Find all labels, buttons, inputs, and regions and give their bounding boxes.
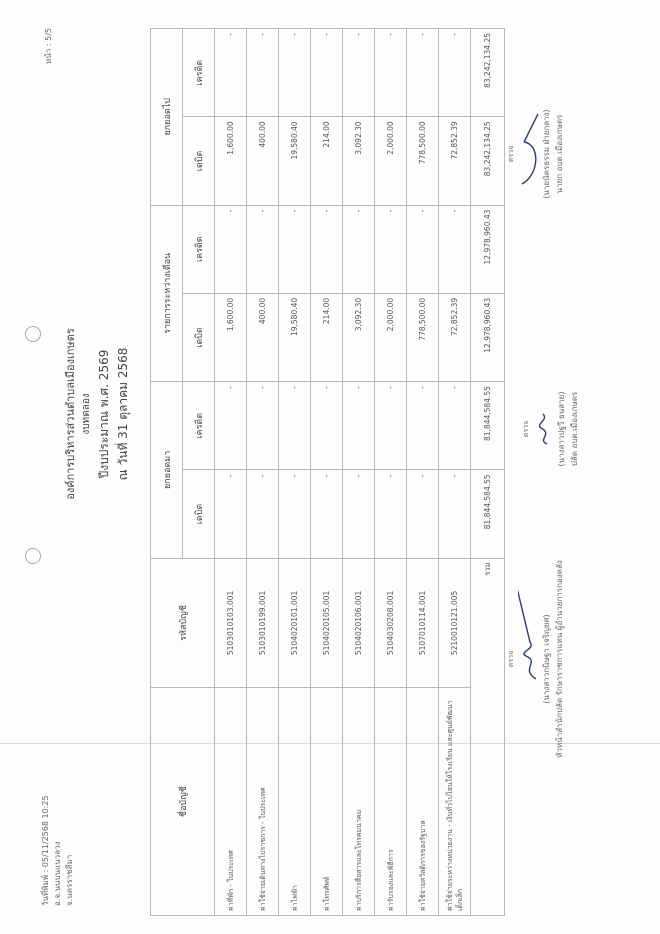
header-debit: เดบิต: [183, 117, 215, 205]
account-name-cell: ค่าบริการสื่อสารและโทรคมนาคม: [343, 688, 375, 916]
m-credit-cell: -: [311, 205, 343, 293]
header-credit: เครดิต: [183, 205, 215, 293]
as-of-date: ณ วันที่ 31 ตุลาคม 2568: [114, 194, 132, 634]
total-m-credit: 12,978,960.43: [471, 205, 505, 293]
m-credit-cell: -: [279, 205, 311, 293]
cf-credit-cell: -: [343, 29, 375, 117]
m-credit-cell: -: [343, 205, 375, 293]
m-credit-cell: -: [215, 205, 247, 293]
account-code-cell: 5103010199.001: [247, 558, 279, 688]
signature-icon: [533, 344, 555, 514]
print-date: วันที่พิมพ์ : 05/11/2568 10:25: [40, 795, 52, 906]
bf-debit-cell: -: [407, 470, 439, 558]
table-row: ค่าใช้จ่ายสวัสดิการของรัฐบาล5107010114.0…: [407, 29, 439, 916]
signature-icon: [518, 544, 540, 774]
signature-block-finance: ตรวจ (นางสาวกนิษฐา เจริญยศ) หัวหน้าสำนัก…: [505, 544, 566, 774]
document-page: วันที่พิมพ์ : 05/11/2568 10:25 อ.จ.นนบนแ…: [0, 0, 660, 934]
cf-credit-cell: -: [407, 29, 439, 117]
header-credit: เครดิต: [183, 382, 215, 470]
cf-credit-cell: -: [247, 29, 279, 117]
signature-block-mayor: ตรวจ (นายนัครธรรม ฝ่ายกลาง) นายก อบต.เมื…: [505, 54, 566, 254]
account-name-cell: ค่ารับรองและพิธีการ: [375, 688, 407, 916]
header-monthly-transactions: รายการระหว่างเดือน: [151, 205, 183, 382]
header-carried-forward: ยกยอดไป: [151, 29, 183, 206]
bf-credit-cell: -: [311, 382, 343, 470]
bf-credit-cell: -: [343, 382, 375, 470]
bf-debit-cell: -: [375, 470, 407, 558]
account-name-cell: ค่าใช้จ่ายสวัสดิการของรัฐบาล: [407, 688, 439, 916]
m-debit-cell: 1,600.00: [215, 293, 247, 381]
account-code-cell: 5104030208.001: [375, 558, 407, 688]
account-name-cell: ค่าโทรศัพท์: [311, 688, 343, 916]
check-label: ตรวจ: [520, 344, 533, 514]
account-name-cell: ค่าที่พัก - ในประเทศ: [215, 688, 247, 916]
signature-icon: [518, 54, 540, 254]
total-m-debit: 12,978,960.43: [471, 293, 505, 381]
table-row: ค่าโทรศัพท์5104020105.001--214.00-214.00…: [311, 29, 343, 916]
province-label: จ.นครราชสีมา: [64, 795, 76, 906]
account-code-cell: 5103010103.001: [215, 558, 247, 688]
signature-block-deputy: ตรวจ (นางสาวปฐวี ธนสาย) ปลัด อบต.เมืองเก…: [520, 344, 581, 514]
m-debit-cell: 19,580.40: [279, 293, 311, 381]
total-cf-credit: 83,242,134.25: [471, 29, 505, 117]
table-body: ค่าที่พัก - ในประเทศ5103010103.001--1,60…: [215, 29, 471, 916]
account-code-cell: 5104020105.001: [311, 558, 343, 688]
bf-credit-cell: -: [375, 382, 407, 470]
cf-credit-cell: -: [439, 29, 471, 117]
total-row: รวม 81,844,584.55 81,844,584.55 12,978,9…: [471, 29, 505, 916]
total-bf-credit: 81,844,584.55: [471, 382, 505, 470]
cf-credit-cell: -: [375, 29, 407, 117]
district-label: อ.จ.นนบนแนวลวง: [52, 795, 64, 906]
account-code-cell: 5104020106.001: [343, 558, 375, 688]
bf-debit-cell: -: [279, 470, 311, 558]
table-row: ค่ารับรองและพิธีการ5104030208.001--2,000…: [375, 29, 407, 916]
punch-hole: [25, 326, 41, 342]
header-brought-forward: ยกยอดมา: [151, 382, 183, 559]
cf-debit-cell: 1,600.00: [215, 117, 247, 205]
signer-name: (นางสาวกนิษฐา เจริญยศ): [540, 544, 553, 774]
header-debit: เดบิต: [183, 293, 215, 381]
account-code-cell: 5210010121.005: [439, 558, 471, 688]
bf-credit-cell: -: [247, 382, 279, 470]
signer-position: หัวหน้าสำนักปลัด รักษาราชการแทน ผู้อำนวย…: [553, 544, 566, 774]
bf-credit-cell: -: [407, 382, 439, 470]
bf-debit-cell: -: [247, 470, 279, 558]
total-label: รวม: [471, 558, 505, 915]
m-debit-cell: 400.00: [247, 293, 279, 381]
m-debit-cell: 2,000.00: [375, 293, 407, 381]
page-number: หน้า : 5/5: [42, 28, 55, 64]
m-credit-cell: -: [439, 205, 471, 293]
bf-credit-cell: -: [439, 382, 471, 470]
account-name-cell: ค่าใช้จ่ายระหว่างหน่วยงาน - เงินทั่วไปโอ…: [439, 688, 471, 916]
m-debit-cell: 214.00: [311, 293, 343, 381]
cf-credit-cell: -: [279, 29, 311, 117]
bf-debit-cell: -: [439, 470, 471, 558]
m-debit-cell: 3,092.30: [343, 293, 375, 381]
header-account-code: รหัสบัญชี: [151, 558, 215, 688]
report-name: งบทดลอง: [79, 194, 95, 634]
print-meta: วันที่พิมพ์ : 05/11/2568 10:25 อ.จ.นนบนแ…: [40, 795, 76, 906]
header-credit: เครดิต: [183, 29, 215, 117]
total-cf-debit: 83,242,134.25: [471, 117, 505, 205]
cf-credit-cell: -: [311, 29, 343, 117]
table-row: ค่าใช้จ่ายเดินทางไปราชการ - ในประเทศ5103…: [247, 29, 279, 916]
cf-debit-cell: 19,580.40: [279, 117, 311, 205]
cf-debit-cell: 72,852.39: [439, 117, 471, 205]
account-code-cell: 5107010114.001: [407, 558, 439, 688]
cf-debit-cell: 3,092.30: [343, 117, 375, 205]
bf-debit-cell: -: [343, 470, 375, 558]
account-name-cell: ค่าใช้จ่ายเดินทางไปราชการ - ในประเทศ: [247, 688, 279, 916]
m-credit-cell: -: [407, 205, 439, 293]
cf-credit-cell: -: [215, 29, 247, 117]
m-debit-cell: 778,500.00: [407, 293, 439, 381]
m-credit-cell: -: [375, 205, 407, 293]
cf-debit-cell: 400.00: [247, 117, 279, 205]
header-debit: เดบิต: [183, 470, 215, 558]
table-row: ค่าที่พัก - ในประเทศ5103010103.001--1,60…: [215, 29, 247, 916]
header-account-name: ชื่อบัญชี: [151, 688, 215, 916]
cf-debit-cell: 214.00: [311, 117, 343, 205]
m-credit-cell: -: [247, 205, 279, 293]
account-code-cell: 5104020101.001: [279, 558, 311, 688]
table-row: ค่าบริการสื่อสารและโทรคมนาคม5104020106.0…: [343, 29, 375, 916]
signer-position: นายก อบต.เมืองเกษตร: [553, 54, 566, 254]
table-row: ค่าไฟฟ้า5104020101.001--19,580.40-19,580…: [279, 29, 311, 916]
check-label: ตรวจ: [505, 544, 518, 774]
table-row: ค่าใช้จ่ายระหว่างหน่วยงาน - เงินทั่วไปโอ…: [439, 29, 471, 916]
trial-balance-table: ชื่อบัญชี รหัสบัญชี ยกยอดมา รายการระหว่า…: [150, 28, 505, 916]
bf-credit-cell: -: [215, 382, 247, 470]
organization-name: องค์การบริหารส่วนตำบลเมืองเกษตร: [62, 194, 79, 634]
cf-debit-cell: 778,500.00: [407, 117, 439, 205]
fiscal-year: ปีงบประมาณ พ.ศ. 2569: [95, 194, 114, 634]
report-title: องค์การบริหารส่วนตำบลเมืองเกษตร งบทดลอง …: [62, 194, 132, 634]
check-label: ตรวจ: [505, 54, 518, 254]
signer-position: ปลัด อบต.เมืองเกษตร: [568, 344, 581, 514]
total-bf-debit: 81,844,584.55: [471, 470, 505, 558]
signer-name: (นางสาวปฐวี ธนสาย): [555, 344, 568, 514]
account-name-cell: ค่าไฟฟ้า: [279, 688, 311, 916]
signer-name: (นายนัครธรรม ฝ่ายกลาง): [540, 54, 553, 254]
punch-hole: [25, 548, 41, 564]
cf-debit-cell: 2,000.00: [375, 117, 407, 205]
bf-debit-cell: -: [215, 470, 247, 558]
bf-credit-cell: -: [279, 382, 311, 470]
m-debit-cell: 72,852.39: [439, 293, 471, 381]
bf-debit-cell: -: [311, 470, 343, 558]
